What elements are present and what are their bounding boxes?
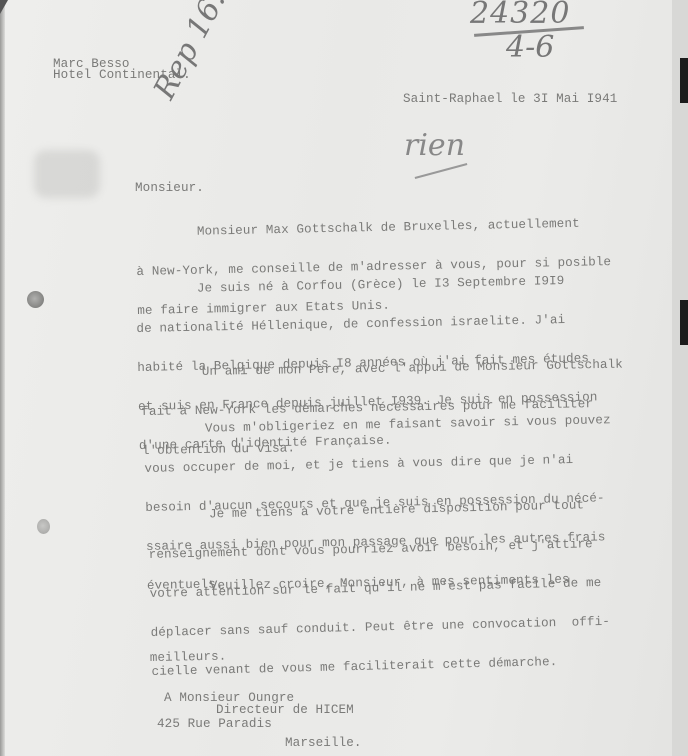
paragraph-line: meilleurs. [150, 645, 571, 665]
place-date: Saint-Raphael le 3I Mai I941 [403, 93, 617, 106]
paragraph-line: Monsieur Max Gottschalk de Bruxelles, ac… [136, 217, 611, 240]
paragraph-line: Vous m'obligeriez en me faisant savoir s… [144, 414, 611, 437]
punch-hole [37, 519, 50, 534]
status-note-underline [415, 163, 468, 179]
reference-number: 24320 [470, 0, 570, 31]
status-note: rien [404, 128, 465, 163]
paragraph-spacer [149, 613, 570, 626]
punch-hole [27, 291, 44, 308]
scan-edge-mark [680, 58, 688, 103]
paragraph-line: Un ami de mon Père, avec l'appui de Mons… [140, 359, 623, 380]
closing: Veuillez croire, Monsieur, à mes sentime… [148, 548, 571, 691]
recipient-line-4: Marseille. [285, 737, 362, 750]
letter-page: 24320 4-6 Rep 16.6.41 rien Marc Besso Ho… [0, 0, 672, 756]
paragraph-line: Je suis né à Corfou (Grèce) le I3 Septem… [136, 274, 596, 297]
scan-edge-mark [680, 300, 688, 345]
paragraph-line: Je me tiens à votre entière disposition … [148, 499, 608, 523]
paragraph-line: de nationalité Héllenique, de confession… [136, 313, 596, 336]
folded-corner [0, 0, 8, 14]
reply-note: Rep 16.6.41 [147, 0, 264, 105]
page-right-edge [672, 0, 688, 756]
paragraph-line: Veuillez croire, Monsieur, à mes sentime… [148, 574, 569, 594]
paragraph-line: vous occuper de moi, et je tiens à vous … [144, 453, 611, 476]
blurred-stamp-mark [34, 150, 100, 198]
sender-address: Hotel Continental. [53, 69, 191, 82]
page-edge-shadow [0, 0, 5, 756]
recipient-line-3: 425 Rue Paradis [157, 718, 272, 731]
recipient-line-2: Directeur de HICEM [216, 704, 354, 717]
reference-sub-number: 4-6 [506, 30, 554, 65]
salutation: Monsieur. [135, 182, 204, 195]
